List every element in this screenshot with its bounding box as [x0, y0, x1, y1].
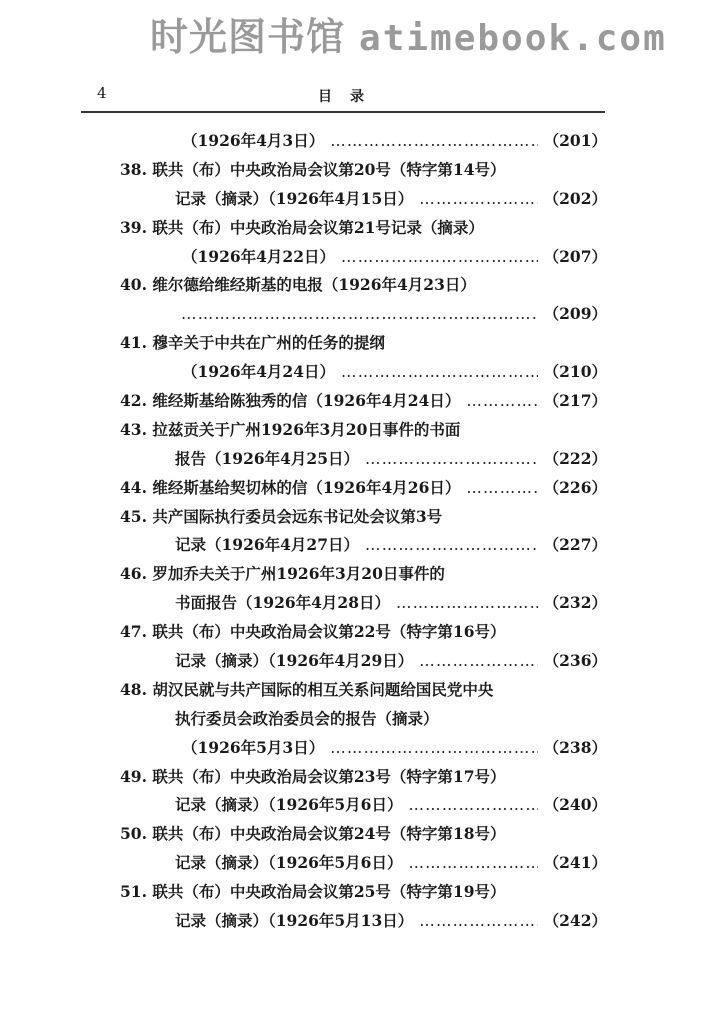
toc-entry-text: （1926年5月3日） — [182, 734, 324, 763]
dot-leader — [365, 445, 538, 474]
table-of-contents: （1926年4月3日）（201）38. 联共（布）中央政治局会议第20号（特字第… — [0, 127, 711, 936]
toc-page-number: （210） — [544, 358, 607, 387]
toc-entry-text: 51. 联共（布）中央政治局会议第25号（特字第19号） — [120, 878, 506, 907]
watermark-cn: 时光图书馆 — [150, 15, 345, 59]
toc-entry-text: 记录（摘录）（1926年5月13日） — [175, 907, 413, 936]
toc-entry-continuation: 45. 共产国际执行委员会远东书记处会议第3号 — [0, 503, 607, 532]
toc-entry-continuation: 49. 联共（布）中央政治局会议第23号（特字第17号） — [0, 763, 607, 792]
toc-entry-text: 记录（摘录）（1926年4月15日） — [175, 185, 413, 214]
toc-entry-text: 报告（1926年4月25日） — [175, 445, 359, 474]
toc-entry-line: 报告（1926年4月25日）（222） — [0, 445, 607, 474]
toc-entry-text: 45. 共产国际执行委员会远东书记处会议第3号 — [120, 503, 442, 532]
toc-page-number: （207） — [544, 243, 607, 272]
toc-entry-continuation: 46. 罗加乔夫关于广州1926年3月20日事件的 — [0, 560, 607, 589]
toc-entry-text: 46. 罗加乔夫关于广州1926年3月20日事件的 — [120, 560, 445, 589]
toc-page-number: （202） — [544, 185, 607, 214]
toc-entry-text: 40. 维尔德给维经斯基的电报（1926年4月23日） — [120, 271, 476, 300]
toc-entry-text: 记录（1926年4月27日） — [175, 531, 359, 560]
dot-leader — [341, 243, 538, 272]
dot-leader — [181, 300, 538, 329]
toc-entry-text: 38. 联共（布）中央政治局会议第20号（特字第14号） — [120, 156, 506, 185]
toc-page-number: （222） — [544, 445, 607, 474]
toc-entry-line: （1926年4月22日）（207） — [0, 243, 607, 272]
toc-entry-line: 44. 维经斯基给契切林的信（1926年4月26日）（226） — [0, 474, 607, 503]
toc-entry-continuation: 43. 拉兹贡关于广州1926年3月20日事件的书面 — [0, 416, 607, 445]
toc-entry-line: 记录（摘录）（1926年5月6日）（241） — [0, 849, 607, 878]
running-title: 目录 — [318, 86, 382, 106]
toc-entry-text: （1926年4月24日） — [182, 358, 335, 387]
toc-entry-line: 42. 维经斯基给陈独秀的信（1926年4月24日）（217） — [0, 387, 607, 416]
toc-entry-line: 记录（摘录）（1926年4月29日）（236） — [0, 647, 607, 676]
dot-leader — [396, 589, 538, 618]
dot-leader — [341, 358, 538, 387]
toc-entry-text: 记录（摘录）（1926年5月6日） — [175, 849, 402, 878]
dot-leader — [466, 387, 537, 416]
toc-entry-text: （1926年4月3日） — [182, 127, 324, 156]
toc-entry-line: 记录（摘录）（1926年5月13日）（242） — [0, 907, 607, 936]
toc-entry-text: 50. 联共（布）中央政治局会议第24号（特字第18号） — [120, 820, 506, 849]
toc-entry-text: 记录（摘录）（1926年4月29日） — [175, 647, 413, 676]
toc-entry-text: 44. 维经斯基给契切林的信（1926年4月26日） — [120, 474, 460, 503]
toc-entry-continuation: 48. 胡汉民就与共产国际的相互关系问题给国民党中央 — [0, 676, 607, 705]
toc-page-number: （227） — [544, 531, 607, 560]
toc-page-number: （236） — [544, 647, 607, 676]
toc-page-number: （240） — [544, 791, 607, 820]
toc-entry-text: 执行委员会政治委员会的报告（摘录） — [175, 705, 439, 734]
dot-leader — [419, 647, 537, 676]
toc-page-number: （217） — [544, 387, 607, 416]
toc-entry-line: （1926年5月3日）（238） — [0, 734, 607, 763]
toc-entry-text: 49. 联共（布）中央政治局会议第23号（特字第17号） — [120, 763, 506, 792]
toc-entry-line: 记录（摘录）（1926年5月6日）（240） — [0, 791, 607, 820]
watermark-latin: atimebook.com — [359, 18, 667, 59]
toc-entry-text: 42. 维经斯基给陈独秀的信（1926年4月24日） — [120, 387, 460, 416]
dot-leader — [419, 185, 537, 214]
header-rule — [81, 111, 605, 113]
toc-entry-continuation: 47. 联共（布）中央政治局会议第22号（特字第16号） — [0, 618, 607, 647]
toc-entry-line: 记录（1926年4月27日）（227） — [0, 531, 607, 560]
toc-entry-text: 43. 拉兹贡关于广州1926年3月20日事件的书面 — [120, 416, 460, 445]
toc-entry-continuation: 50. 联共（布）中央政治局会议第24号（特字第18号） — [0, 820, 607, 849]
toc-entry-line: （1926年4月24日）（210） — [0, 358, 607, 387]
toc-page-number: （209） — [544, 300, 607, 329]
toc-page-number: （242） — [544, 907, 607, 936]
dot-leader — [330, 734, 537, 763]
toc-entry-text: 39. 联共（布）中央政治局会议第21号记录（摘录） — [120, 214, 484, 243]
toc-page-number: （241） — [544, 849, 607, 878]
toc-page-number: （226） — [544, 474, 607, 503]
toc-entry-line: （209） — [0, 300, 607, 329]
dot-leader — [365, 531, 538, 560]
toc-entry-continuation: 51. 联共（布）中央政治局会议第25号（特字第19号） — [0, 878, 607, 907]
toc-entry-line: 书面报告（1926年4月28日）（232） — [0, 589, 607, 618]
toc-entry-continuation: 40. 维尔德给维经斯基的电报（1926年4月23日） — [0, 271, 607, 300]
toc-entry-line: 记录（摘录）（1926年4月15日）（202） — [0, 185, 607, 214]
toc-entry-text: 41. 穆辛关于中共在广州的任务的提纲 — [120, 329, 385, 358]
toc-entry-text: 书面报告（1926年4月28日） — [175, 589, 390, 618]
dot-leader — [419, 907, 537, 936]
dot-leader — [408, 791, 537, 820]
toc-entry-continuation: 39. 联共（布）中央政治局会议第21号记录（摘录） — [0, 214, 607, 243]
toc-entry-text: 记录（摘录）（1926年5月6日） — [175, 791, 402, 820]
toc-entry-continuation: 38. 联共（布）中央政治局会议第20号（特字第14号） — [0, 156, 607, 185]
dot-leader — [408, 849, 537, 878]
toc-entry-text: （1926年4月22日） — [182, 243, 335, 272]
toc-entry-continuation: 执行委员会政治委员会的报告（摘录） — [0, 705, 607, 734]
toc-page-number: （238） — [544, 734, 607, 763]
dot-leader — [330, 127, 537, 156]
toc-entry-line: （1926年4月3日）（201） — [0, 127, 607, 156]
toc-entry-continuation: 41. 穆辛关于中共在广州的任务的提纲 — [0, 329, 607, 358]
dot-leader — [466, 474, 537, 503]
toc-entry-text: 48. 胡汉民就与共产国际的相互关系问题给国民党中央 — [120, 676, 493, 705]
toc-page-number: （232） — [544, 589, 607, 618]
toc-entry-text: 47. 联共（布）中央政治局会议第22号（特字第16号） — [120, 618, 506, 647]
watermark: 时光图书馆atimebook.com — [150, 6, 667, 61]
page-number: 4 — [97, 84, 107, 102]
toc-page-number: （201） — [544, 127, 607, 156]
